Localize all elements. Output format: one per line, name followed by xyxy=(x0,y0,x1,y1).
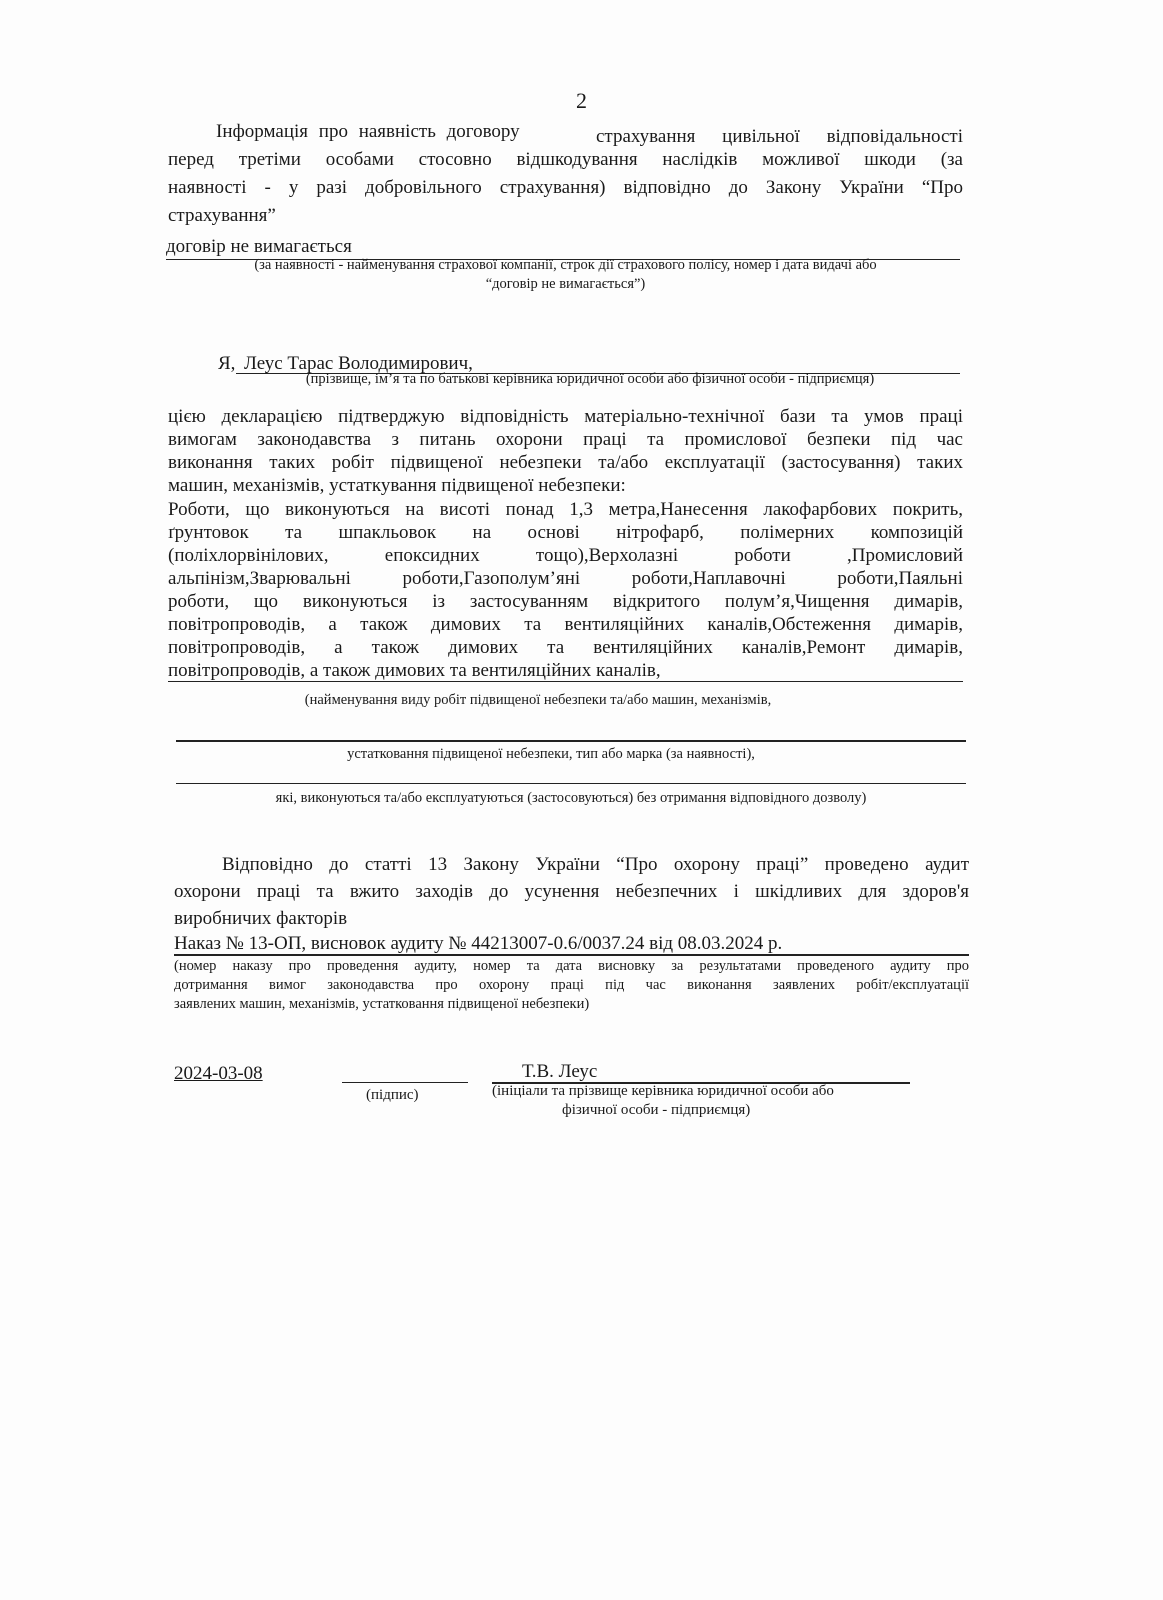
declaration-text: цією декларацією підтверджую відповідніс… xyxy=(168,405,963,497)
works-caption-3: які, виконуються та/або експлуатуються (… xyxy=(176,789,966,808)
works-line: повітропроводів, а також димових та вент… xyxy=(168,636,963,659)
audit-line: охорони праці та вжито заходів до усунен… xyxy=(174,880,969,903)
audit-text: Відповідно до статті 13 Закону України “… xyxy=(174,853,969,930)
initials-caption: (ініціали та прізвище керівника юридично… xyxy=(492,1082,892,1120)
caption-text: заявлених машин, механізмів, устаткованн… xyxy=(174,995,969,1014)
works-caption-1: (найменування виду робіт підвищеної небе… xyxy=(168,691,908,710)
declaration-line: машин, механізмів, устаткування підвищен… xyxy=(168,474,963,497)
works-last-line: повітропроводів, а також димових та вент… xyxy=(168,659,963,682)
insurance-text: Інформація про наявність договору xyxy=(216,120,520,143)
caption-text: фізичної особи - підприємця) xyxy=(492,1101,892,1120)
insurance-text: страхування цивільної відповідальності xyxy=(596,125,963,148)
works-line: повітропроводів, а також димових та вент… xyxy=(168,613,963,636)
works-line: альпінізм,Зварювальні роботи,Газополум’я… xyxy=(168,567,963,590)
audit-line: Відповідно до статті 13 Закону України “… xyxy=(174,853,969,876)
declaration-line: вимогам законодавства з питань охорони п… xyxy=(168,428,963,451)
insurance-line-1: Інформація про наявність договору страху… xyxy=(168,120,963,143)
insurance-text: наявності - у разі добровільного страхув… xyxy=(168,176,963,199)
insurance-text: страхування” xyxy=(168,204,963,227)
signature-line xyxy=(342,1082,468,1083)
declaration-line: виконання таких робіт підвищеної небезпе… xyxy=(168,451,963,474)
audit-value-field: Наказ № 13-ОП, висновок аудиту № 4421300… xyxy=(174,932,969,956)
insurance-value: договір не вимагається xyxy=(166,236,352,257)
signature-caption: (підпис) xyxy=(366,1087,419,1104)
declarant-caption: (прізвище, ім’я та по батькові керівника… xyxy=(230,370,950,389)
audit-caption: (номер наказу про проведення аудиту, ном… xyxy=(174,957,969,1014)
insurance-caption: (за наявності - найменування страхової к… xyxy=(168,256,963,294)
insurance-text: перед третіми особами стосовно відшкодув… xyxy=(168,148,963,171)
works-line: повітропроводів, а також димових та вент… xyxy=(168,660,661,681)
works-blank-line-2 xyxy=(176,783,966,784)
audit-value: Наказ № 13-ОП, висновок аудиту № 4421300… xyxy=(174,933,782,954)
audit-line: виробничих факторів xyxy=(174,907,969,930)
works-blank-line-1 xyxy=(176,740,966,742)
caption-text: (за наявності - найменування страхової к… xyxy=(168,256,963,275)
works-line: Роботи, що виконуються на висоті понад 1… xyxy=(168,498,963,521)
date-field: 2024-03-08 xyxy=(174,1062,263,1085)
caption-text: (номер наказу про проведення аудиту, ном… xyxy=(174,957,969,976)
caption-text: “договір не вимагається”) xyxy=(168,275,963,294)
initials-field: Т.В. Леус xyxy=(492,1060,910,1084)
works-caption-2: устатковання підвищеної небезпеки, тип а… xyxy=(176,745,926,764)
works-list: Роботи, що виконуються на висоті понад 1… xyxy=(168,498,963,682)
caption-text: (ініціали та прізвище керівника юридично… xyxy=(492,1082,892,1101)
works-line: (поліхлорвінілових, епоксидних тощо),Вер… xyxy=(168,544,963,567)
insurance-section: Інформація про наявність договору страху… xyxy=(168,120,963,227)
declaration-line: цією декларацією підтверджую відповідніс… xyxy=(168,405,963,428)
signing-date: 2024-03-08 xyxy=(174,1063,263,1084)
works-line: роботи, що виконуються із застосуванням … xyxy=(168,590,963,613)
works-line: ґрунтовок та шпакльовок на основі нітроф… xyxy=(168,521,963,544)
initials-value: Т.В. Леус xyxy=(492,1061,597,1082)
page-number: 2 xyxy=(0,88,1163,114)
caption-text: дотримання вимог законодавства про охоро… xyxy=(174,976,969,995)
